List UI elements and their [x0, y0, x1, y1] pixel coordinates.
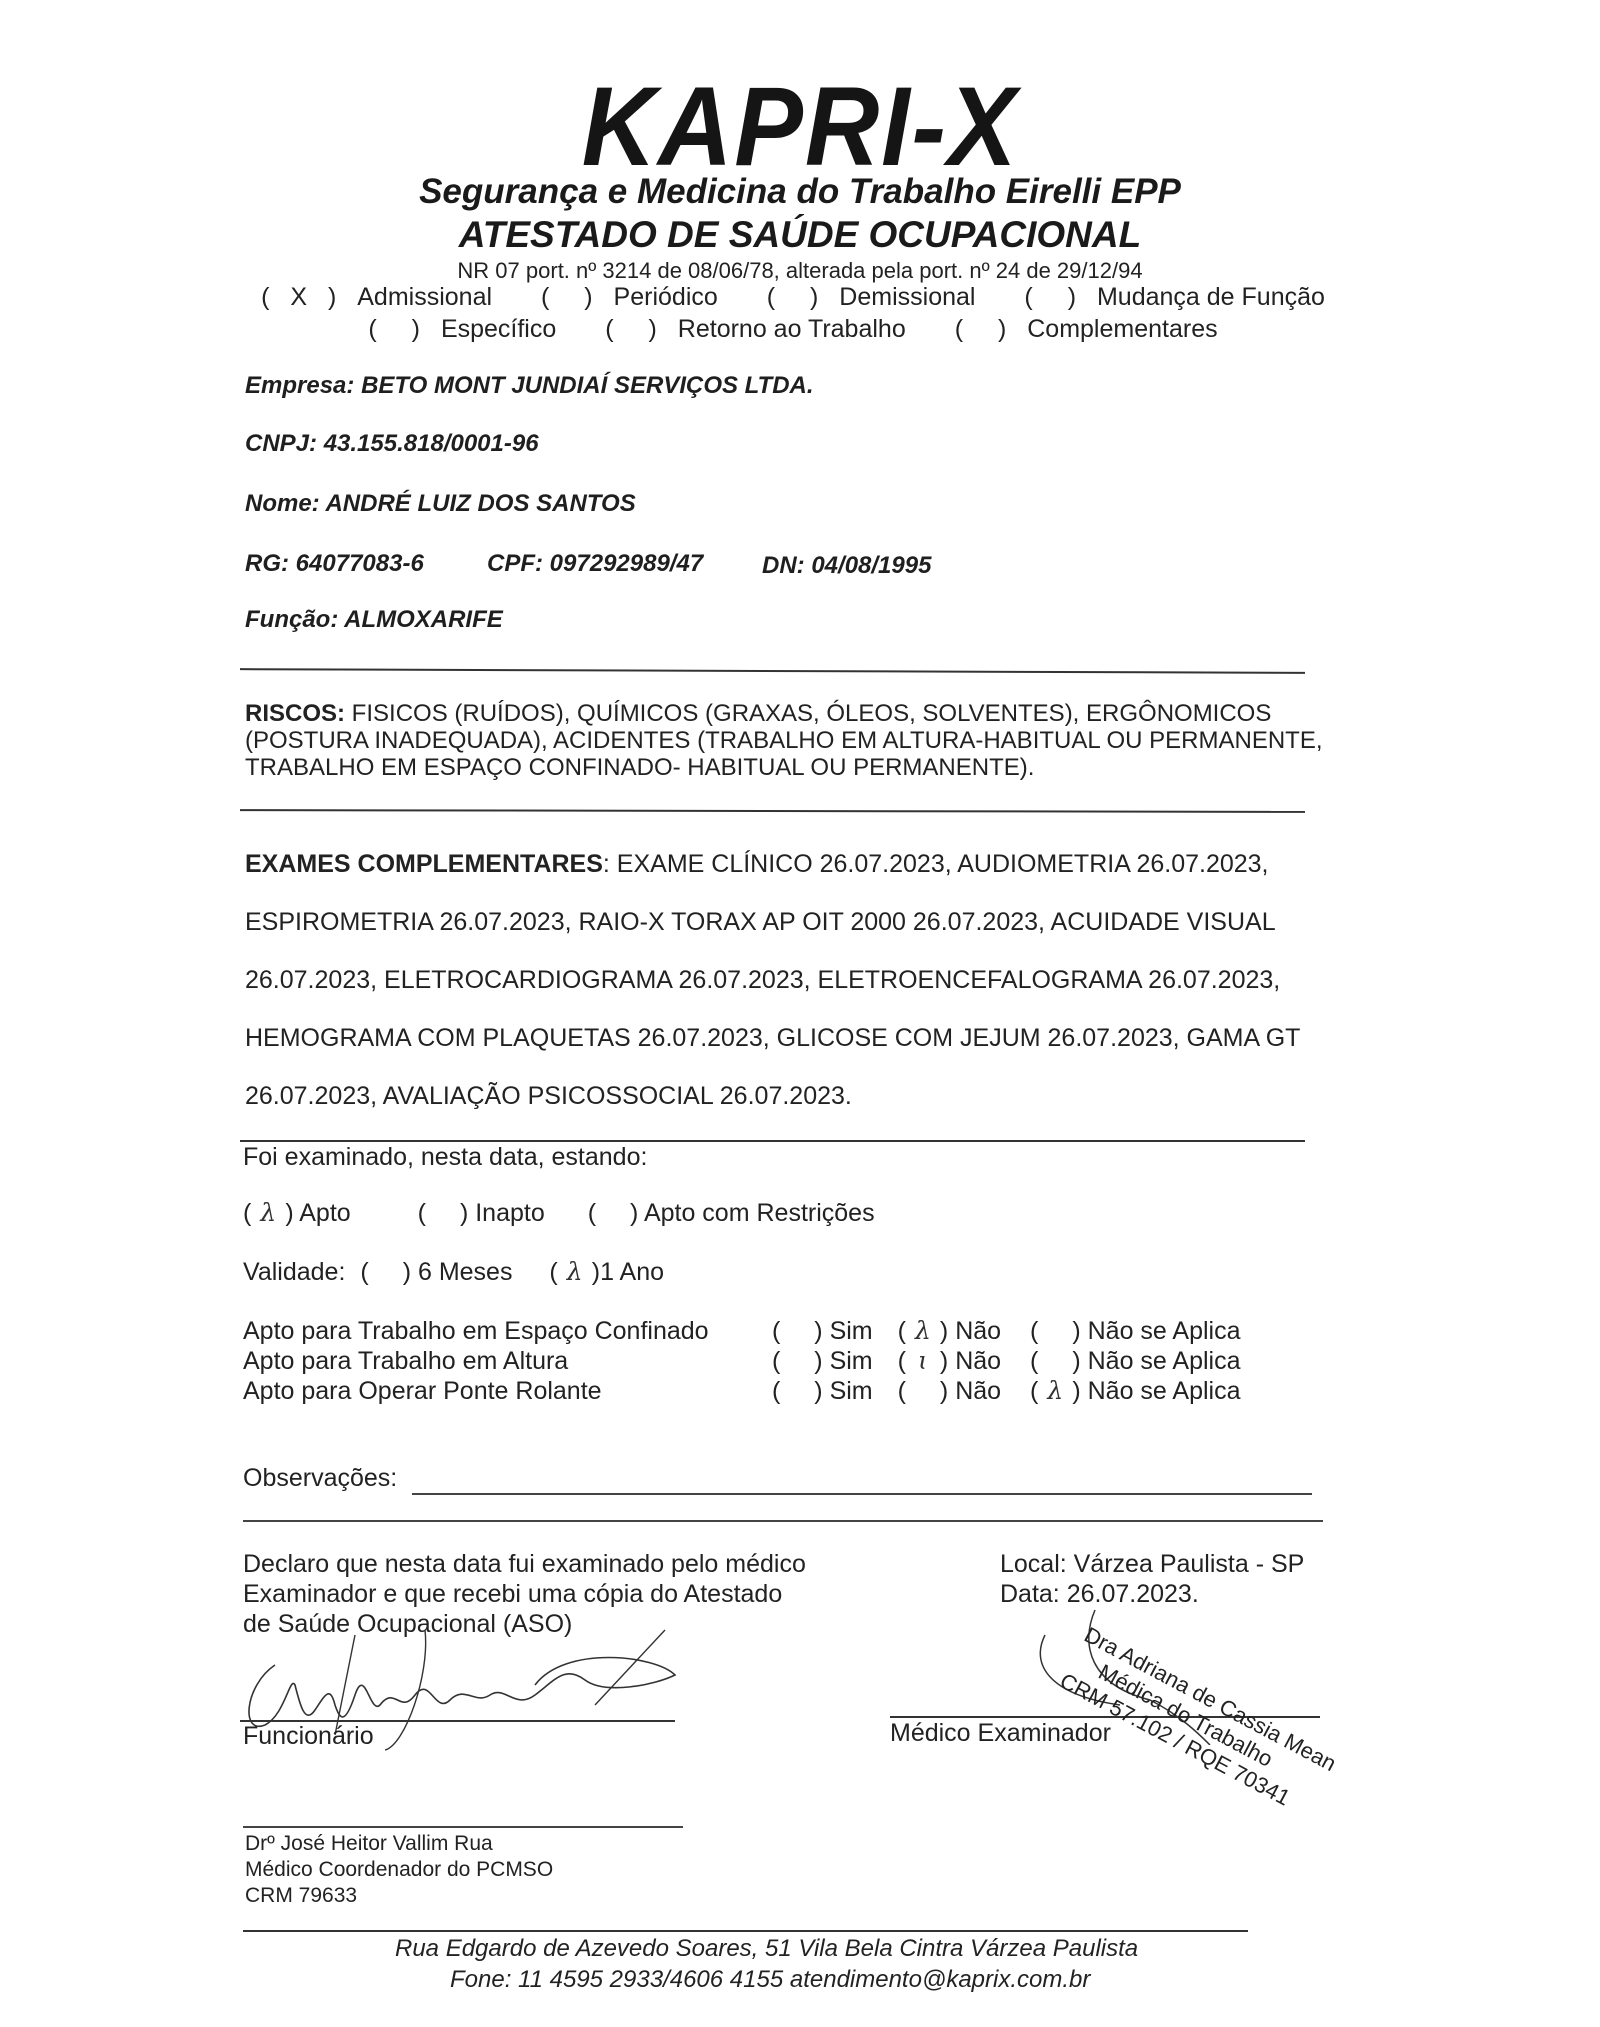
regulation-reference: NR 07 port. nº 3214 de 08/06/78, alterad… — [0, 258, 1600, 284]
option-apto[interactable]: (λ) Apto — [243, 1199, 351, 1227]
aptidao-nao-se-aplica[interactable]: (λ) Não se Aplica — [1030, 1377, 1240, 1405]
empresa-field: Empresa: BETO MONT JUNDIAÍ SERVIÇOS LTDA… — [245, 372, 814, 400]
funcao-value: ALMOXARIFE — [344, 606, 503, 633]
aptidao-sim[interactable]: ( ) Sim — [772, 1317, 873, 1345]
coordenador-name: Drº José Heitor Vallim Rua — [245, 1831, 553, 1857]
aptidao-nao[interactable]: (ɩ) Não — [898, 1347, 1001, 1375]
aptidao-row-ponte-rolante: Apto para Operar Ponte Rolante ( ) Sim (… — [243, 1376, 1241, 1406]
rg-field: RG: 64077083-6 — [245, 550, 424, 578]
exam-type-complementares[interactable]: ( ) Complementares — [955, 315, 1232, 343]
aptidao-sim[interactable]: ( ) Sim — [772, 1377, 873, 1405]
aptidao-nao-se-aplica[interactable]: ( ) Não se Aplica — [1030, 1347, 1240, 1375]
riscos-section: RISCOS: FISICOS (RUÍDOS), QUÍMICOS (GRAX… — [245, 700, 1355, 781]
footer-contact: Fone: 11 4595 2933/4606 4155 atendimento… — [450, 1966, 1090, 1994]
aptidao-nao[interactable]: ( ) Não — [898, 1377, 1001, 1405]
empresa-value: BETO MONT JUNDIAÍ SERVIÇOS LTDA. — [361, 372, 813, 399]
nome-field: Nome: ANDRÉ LUIZ DOS SANTOS — [245, 490, 636, 518]
divider — [240, 1140, 1305, 1142]
exames-section: EXAMES COMPLEMENTARES: EXAME CLÍNICO 26.… — [245, 835, 1365, 1125]
coordenador-signature-line — [243, 1826, 683, 1828]
cpf-field: CPF: 097292989/47 — [487, 550, 703, 578]
observacoes-input-line-2[interactable] — [243, 1520, 1323, 1522]
dn-value: 04/08/1995 — [811, 552, 931, 579]
coordenador-crm: CRM 79633 — [245, 1883, 553, 1909]
rg-value: 64077083-6 — [296, 550, 424, 577]
aptidao-row-altura: Apto para Trabalho em Altura ( ) Sim (ɩ)… — [243, 1346, 1241, 1376]
exam-type-mudanca-funcao[interactable]: ( ) Mudança de Função — [1024, 283, 1339, 311]
local-data: Local: Várzea Paulista - SP Data: 26.07.… — [1000, 1549, 1304, 1609]
coordenador-role: Médico Coordenador do PCMSO — [245, 1857, 553, 1883]
validade-1-ano[interactable]: (λ)1 Ano — [549, 1258, 664, 1286]
exam-type-row-2: ( ) Específico ( ) Retorno ao Trabalho (… — [0, 315, 1600, 344]
resultado-options: (λ) Apto ( ) Inapto ( ) Apto com Restriç… — [243, 1198, 875, 1228]
divider — [240, 809, 1305, 813]
aptidao-nao-se-aplica[interactable]: ( ) Não se Aplica — [1030, 1317, 1240, 1345]
validade-6-meses[interactable]: ( ) 6 Meses — [360, 1258, 512, 1286]
exam-type-periodico[interactable]: ( ) Periódico — [541, 283, 732, 311]
footer-divider — [243, 1930, 1248, 1932]
exam-type-demissional[interactable]: ( ) Demissional — [767, 283, 990, 311]
divider — [240, 668, 1305, 674]
validade-row: Validade: ( ) 6 Meses (λ)1 Ano — [243, 1257, 664, 1287]
cnpj-value: 43.155.818/0001-96 — [324, 430, 539, 457]
company-name: Segurança e Medicina do Trabalho Eirelli… — [0, 172, 1600, 212]
local-text: Local: Várzea Paulista - SP — [1000, 1549, 1304, 1579]
option-inapto[interactable]: ( ) Inapto — [418, 1199, 545, 1227]
funcionario-label: Funcionário — [243, 1722, 374, 1751]
observacoes-input-line-1[interactable] — [412, 1493, 1312, 1495]
exam-type-row-1: ( X ) Admissional ( ) Periódico ( ) Demi… — [0, 283, 1600, 312]
funcao-field: Função: ALMOXARIFE — [245, 606, 503, 634]
document-title: ATESTADO DE SAÚDE OCUPACIONAL — [0, 214, 1600, 256]
cpf-value: 097292989/47 — [550, 550, 704, 577]
nome-value: ANDRÉ LUIZ DOS SANTOS — [325, 490, 635, 517]
aptidao-row-espaco-confinado: Apto para Trabalho em Espaço Confinado (… — [243, 1316, 1241, 1346]
coordenador-block: Drº José Heitor Vallim Rua Médico Coorde… — [245, 1831, 553, 1909]
observacoes-label: Observações: — [243, 1464, 397, 1493]
exam-type-admissional[interactable]: ( X ) Admissional — [261, 283, 506, 311]
aptidao-sim[interactable]: ( ) Sim — [772, 1347, 873, 1375]
exam-type-retorno[interactable]: ( ) Retorno ao Trabalho — [605, 315, 920, 343]
footer-address: Rua Edgardo de Azevedo Soares, 51 Vila B… — [395, 1935, 1138, 1963]
option-apto-restricoes[interactable]: ( ) Apto com Restrições — [588, 1199, 875, 1227]
cnpj-field: CNPJ: 43.155.818/0001-96 — [245, 430, 539, 458]
aptidao-nao[interactable]: (λ) Não — [898, 1317, 1001, 1345]
dn-field: DN: 04/08/1995 — [762, 552, 931, 580]
medico-examinador-label: Médico Examinador — [890, 1719, 1111, 1748]
resultado-intro: Foi examinado, nesta data, estando: — [243, 1143, 647, 1172]
exam-type-especifico[interactable]: ( ) Específico — [368, 315, 570, 343]
